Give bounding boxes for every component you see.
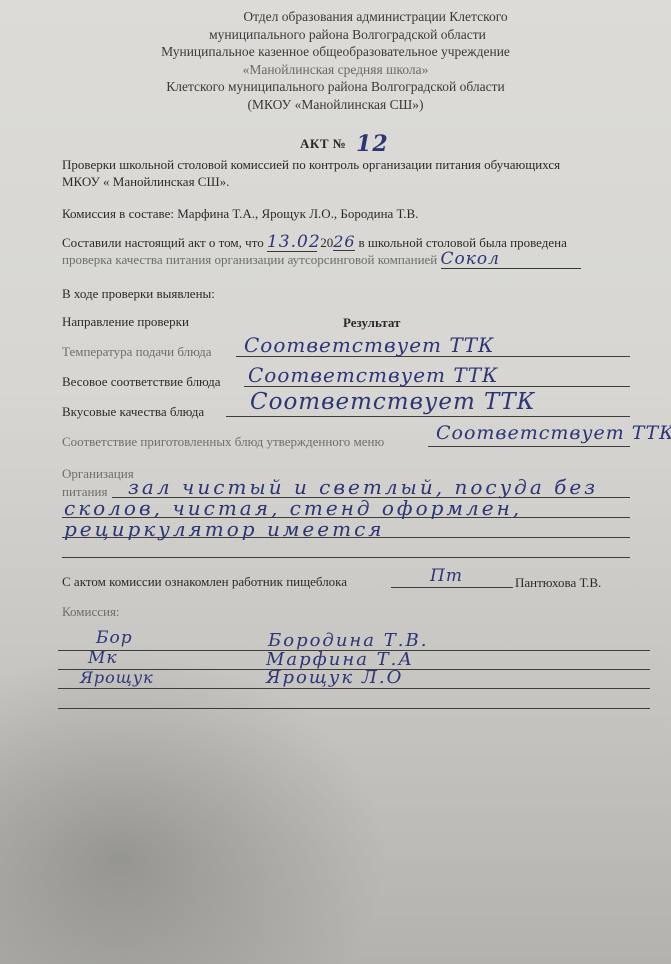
commission-label: Комиссия в составе: (62, 206, 174, 221)
act-title-label: АКТ № (300, 136, 346, 151)
underline (428, 446, 630, 447)
year-prefix: 20 (320, 235, 333, 250)
company-field: Сокол (441, 251, 581, 269)
kitchen-worker-signature: Пт (430, 566, 463, 586)
header-line: муниципального района Волгоградской обла… (0, 26, 671, 44)
organization-label-1: Организация (62, 465, 134, 482)
quality-line: проверка качества питания организации ау… (62, 251, 581, 269)
intro-line-1: Проверки школьной столовой комиссией по … (62, 156, 560, 173)
underline (58, 688, 650, 689)
finding-label-temperature: Температура подачи блюда (62, 343, 212, 360)
commission-signature: Бор (96, 628, 133, 648)
date-field: 13.02 (267, 234, 317, 252)
act-title: АКТ № 12 (300, 128, 389, 154)
column-direction: Направление проверки (62, 313, 189, 330)
header-line: «Манойлинская средняя школа» (0, 61, 671, 79)
commission-members: Марфина Т.А., Ярощук Л.О., Бородина Т.В. (177, 206, 418, 221)
acknowledge-text: С актом комиссии ознакомлен работник пищ… (62, 573, 347, 590)
kitchen-worker-name: Пантюхова Т.В. (515, 574, 601, 591)
header-line: Клетского муниципального района Волгогра… (0, 78, 671, 96)
column-result: Результат (343, 314, 400, 331)
header-line: Муниципальное казенное общеобразовательн… (0, 43, 671, 61)
act-number: 12 (356, 131, 389, 157)
commission-composition: Комиссия в составе: Марфина Т.А., Ярощук… (62, 205, 418, 222)
intro-line-2: МКОУ « Манойлинская СШ». (62, 173, 229, 190)
composed-suffix: в школьной столовой была проведена (358, 235, 566, 250)
finding-value-weight: Соответствует ТТК (248, 363, 499, 387)
signature-line (391, 587, 513, 588)
commission-section-label: Комиссия: (62, 603, 120, 620)
commission-member-name: Ярощук Л.О (266, 667, 403, 688)
organization-text-3: рециркулятор имеется (64, 517, 385, 541)
commission-signature: Ярощук (80, 668, 154, 687)
finding-value-temperature: Соответствует ТТК (244, 333, 495, 357)
composed-prefix: Составили настоящий акт о том, что (62, 235, 264, 250)
header-line: Отдел образования администрации Клетског… (0, 8, 671, 26)
year-field: 26 (333, 233, 355, 251)
finding-label-weight: Весовое соответствие блюда (62, 373, 221, 390)
underline (226, 416, 630, 417)
quality-text: проверка качества питания организации ау… (62, 252, 437, 267)
document-page: Отдел образования администрации Клетског… (0, 0, 671, 964)
finding-label-menu: Соответствие приготовленных блюд утвержд… (62, 433, 384, 450)
underline (58, 708, 650, 709)
institution-header: Отдел образования администрации Клетског… (0, 8, 671, 113)
underline (62, 557, 630, 558)
commission-member-name: Бородина Т.В. (268, 630, 428, 651)
commission-signature: Мк (88, 648, 118, 668)
finding-value-taste: Соответствует ТТК (250, 389, 536, 415)
finding-label-taste: Вкусовые качества блюда (62, 403, 204, 420)
findings-label: В ходе проверки выявлены: (62, 285, 215, 302)
header-line: (МКОУ «Манойлинская СШ») (0, 96, 671, 114)
finding-value-menu: Соответствует ТТК (436, 422, 671, 444)
